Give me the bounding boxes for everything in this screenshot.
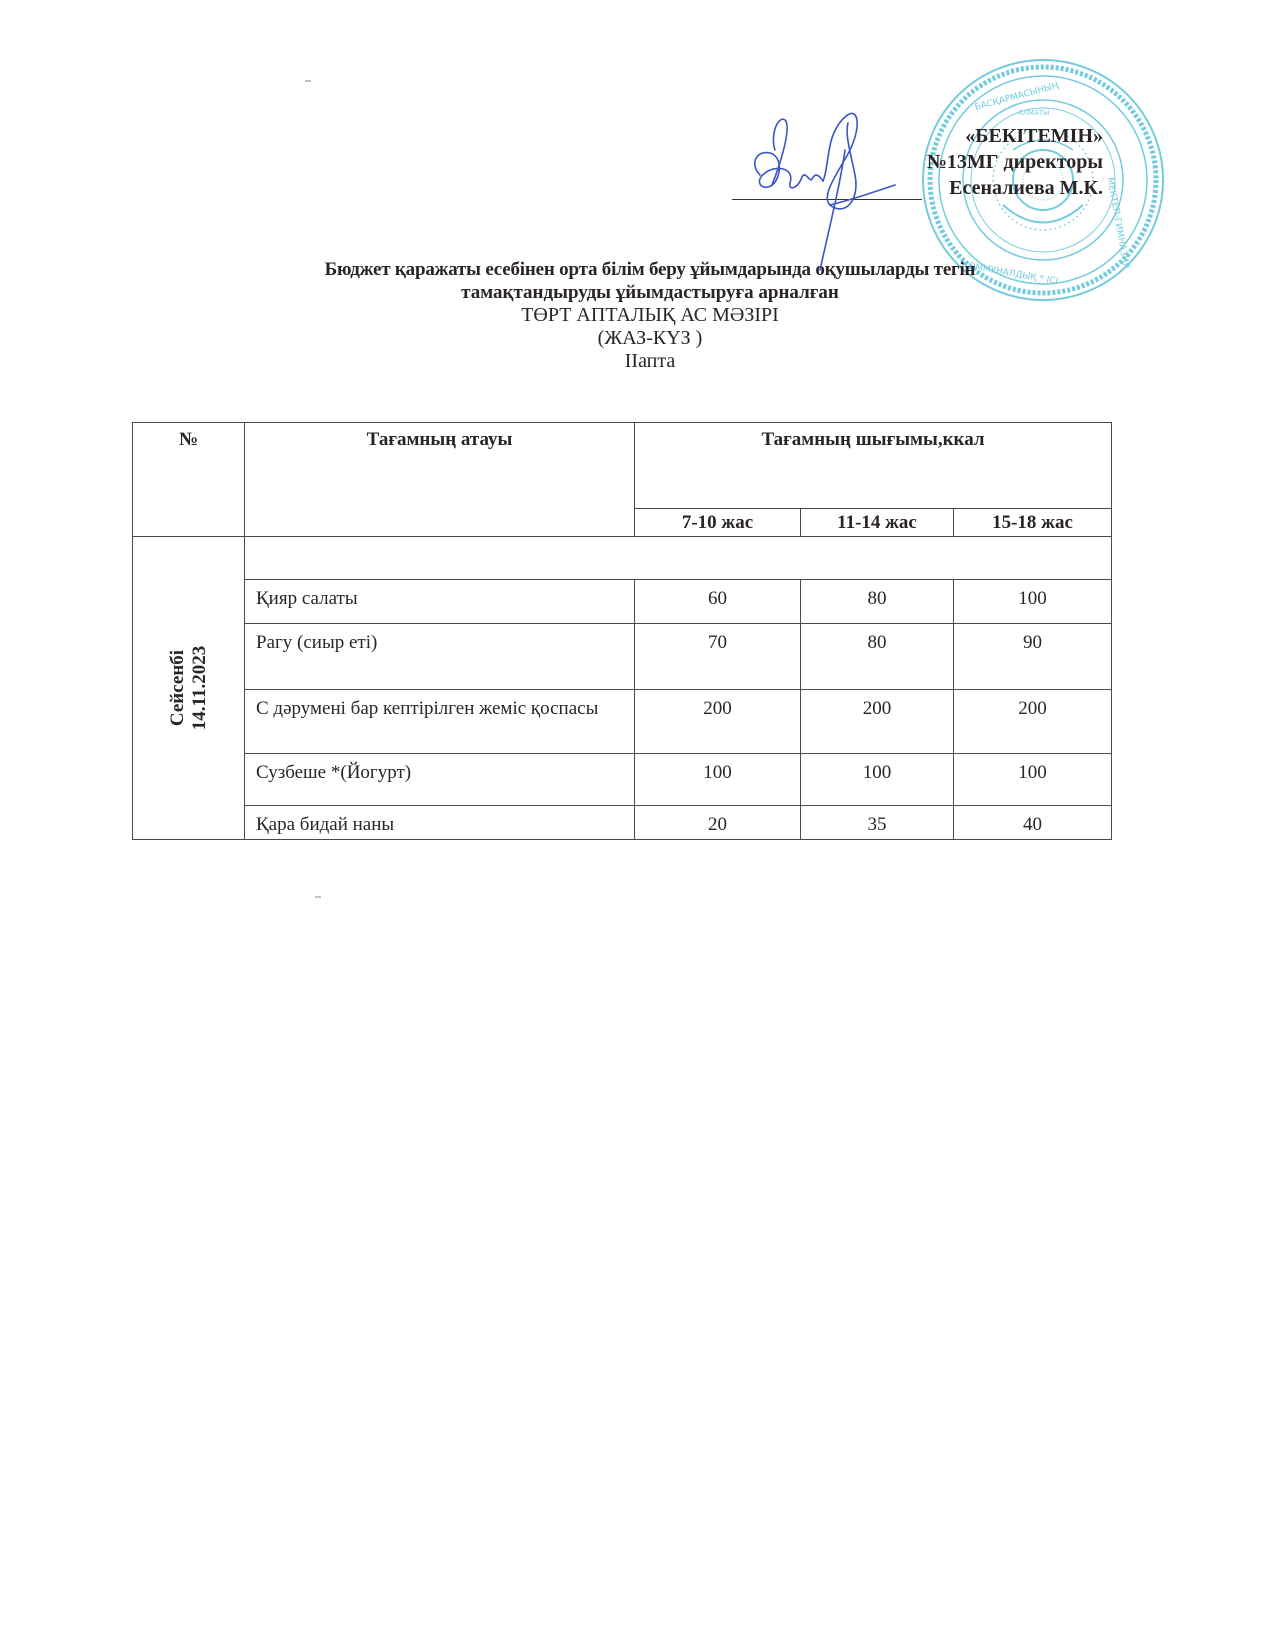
svg-text:АЛМАТЫ: АЛМАТЫ <box>1018 109 1049 117</box>
kcal-11-14: 100 <box>801 754 954 806</box>
blank-cell <box>245 537 1112 580</box>
blank-row: Сейсенбі 14.11.2023 <box>133 537 1112 580</box>
kcal-7-10: 20 <box>635 806 801 840</box>
kcal-11-14: 35 <box>801 806 954 840</box>
header-dish-name: Тағамның атауы <box>245 423 635 537</box>
approval-position: №13МГ директоры <box>927 149 1103 175</box>
header-number: № <box>133 423 245 537</box>
signature-icon <box>750 105 950 275</box>
menu-table: № Тағамның атауы Тағамның шығымы,ккал 7-… <box>132 422 1112 840</box>
day-weekday: Сейсенбі <box>167 646 189 730</box>
header-age-15-18: 15-18 жас <box>954 509 1112 537</box>
svg-text:МЕКТЕП-ГИМНАЗИЯ: МЕКТЕП-ГИМНАЗИЯ <box>1105 177 1131 270</box>
table-row: С дәрумені бар кептірілген жеміс қоспасы… <box>133 690 1112 754</box>
day-label: Сейсенбі 14.11.2023 <box>167 646 211 730</box>
dish-name: Рагу (сиыр еті) <box>245 624 635 690</box>
day-date: 14.11.2023 <box>189 646 211 730</box>
kcal-7-10: 100 <box>635 754 801 806</box>
kcal-15-18: 90 <box>954 624 1112 690</box>
kcal-15-18: 40 <box>954 806 1112 840</box>
dish-name: С дәрумені бар кептірілген жеміс қоспасы <box>245 690 635 754</box>
kcal-11-14: 80 <box>801 580 954 624</box>
header-age-7-10: 7-10 жас <box>635 509 801 537</box>
title-line-2: тамақтандыруды ұйымдастыруға арналған <box>150 281 1150 304</box>
dish-name: Қияр салаты <box>245 580 635 624</box>
day-cell: Сейсенбі 14.11.2023 <box>133 537 245 840</box>
kcal-15-18: 100 <box>954 580 1112 624</box>
kcal-11-14: 80 <box>801 624 954 690</box>
table-row: Қара бидай наны 20 35 40 <box>133 806 1112 840</box>
kcal-15-18: 200 <box>954 690 1112 754</box>
table-row: Сузбеше *(Йогурт) 100 100 100 <box>133 754 1112 806</box>
title-line-1: Бюджет қаражаты есебінен орта білім беру… <box>150 258 1150 281</box>
dish-name: Сузбеше *(Йогурт) <box>245 754 635 806</box>
scan-speck <box>315 896 321 898</box>
table-row: Қияр салаты 60 80 100 <box>133 580 1112 624</box>
approval-heading: «БЕКІТЕМІН» <box>927 123 1103 149</box>
kcal-15-18: 100 <box>954 754 1112 806</box>
kcal-7-10: 200 <box>635 690 801 754</box>
kcal-7-10: 60 <box>635 580 801 624</box>
title-line-5: IIапта <box>150 350 1150 373</box>
table-row: Рагу (сиыр еті) 70 80 90 <box>133 624 1112 690</box>
header-age-11-14: 11-14 жас <box>801 509 954 537</box>
kcal-11-14: 200 <box>801 690 954 754</box>
approval-name: Есеналиева М.К. <box>927 175 1103 201</box>
title-line-4: (ЖАЗ-КҮЗ ) <box>150 327 1150 350</box>
header-yield: Тағамның шығымы,ккал <box>635 423 1112 509</box>
scan-speck <box>305 80 311 82</box>
document-title: Бюджет қаражаты есебінен орта білім беру… <box>150 258 1150 373</box>
approval-block: «БЕКІТЕМІН» №13МГ директоры Есеналиева М… <box>927 123 1103 201</box>
dish-name: Қара бидай наны <box>245 806 635 840</box>
title-line-3: ТӨРТ АПТАЛЫҚ АС МӘЗІРІ <box>150 304 1150 327</box>
kcal-7-10: 70 <box>635 624 801 690</box>
header-row: № Тағамның атауы Тағамның шығымы,ккал <box>133 423 1112 509</box>
